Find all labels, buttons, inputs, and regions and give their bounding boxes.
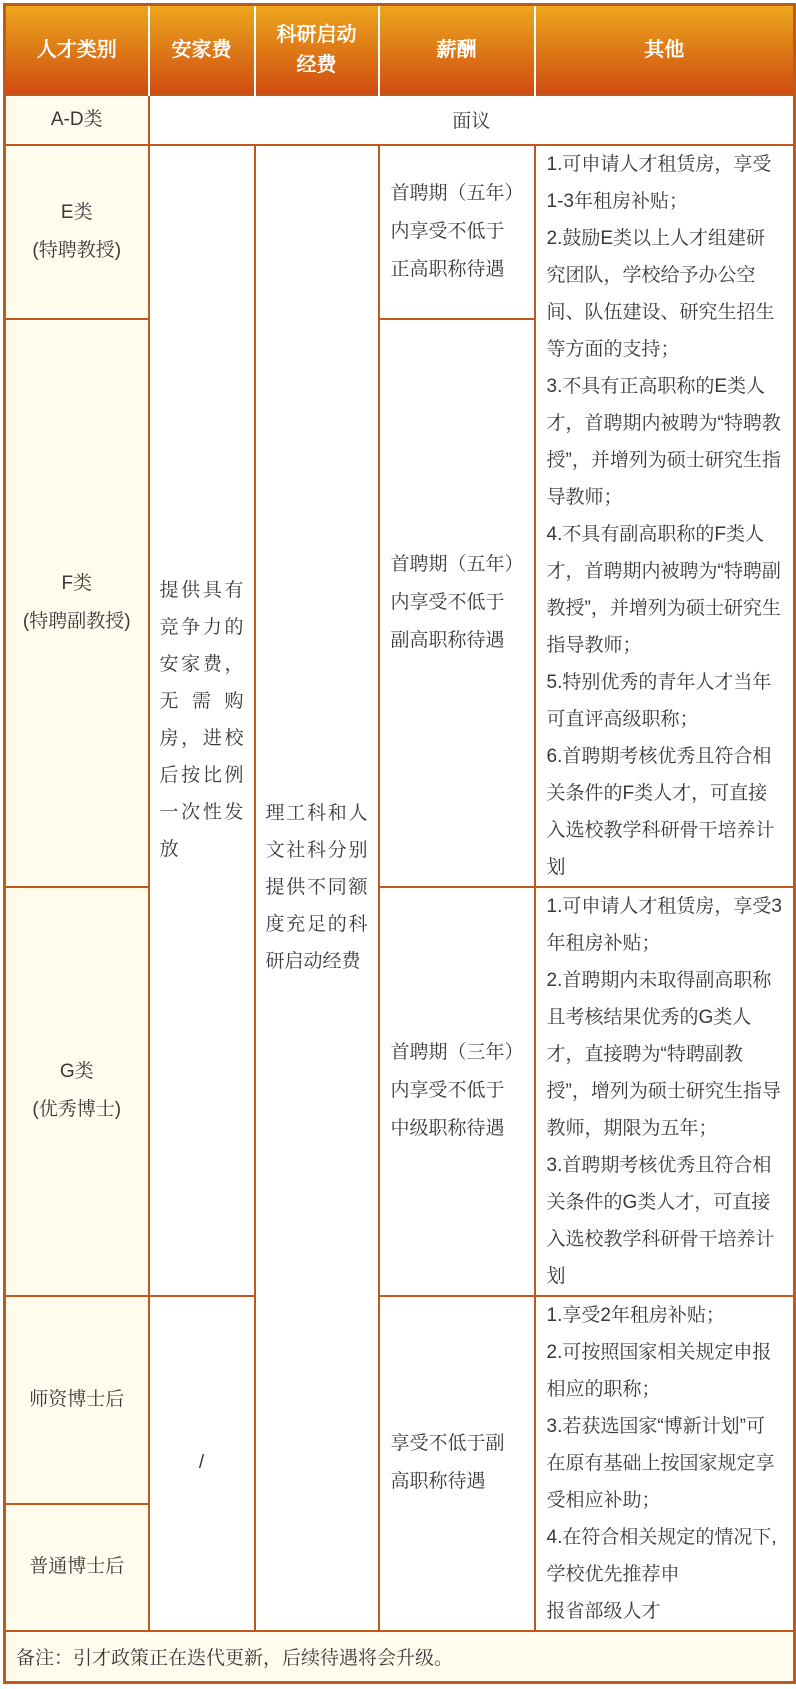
cell-category-postdoc-general: 普通博士后 <box>5 1504 149 1631</box>
cell-category-e: E类 (特聘教授) <box>5 145 149 319</box>
header-cell-talent-category: 人才类别 <box>5 5 149 95</box>
other-g-item: 1.可申请人才租赁房，享受3年租房补贴； <box>547 888 783 962</box>
cell-salary-f: 首聘期（五年）内享受不低于副高职称待遇 <box>379 319 535 887</box>
header-cell-research-fund: 科研启动 经费 <box>255 5 379 95</box>
footer-row: 备注：引才政策正在迭代更新，后续待遇将会升级。 <box>5 1631 795 1683</box>
other-ef-item: 1.可申请人才租赁房，享受1-3年租房补贴； <box>547 146 783 220</box>
cell-settling-efg: 提供具有竞争力的安家费，无需购房，进校后按比例一次性发放 <box>149 145 255 1296</box>
cell-category-f: F类 (特聘副教授) <box>5 319 149 887</box>
header-cell-salary: 薪酬 <box>379 5 535 95</box>
header-cell-settling-allowance: 安家费 <box>149 5 255 95</box>
talent-policy-table-wrapper: 人才类别 安家费 科研启动 经费 薪酬 其他 A-D类 面议 E类 (特聘教授)… <box>0 0 796 1687</box>
cell-other-postdoc: 1.享受2年租房补贴； 2.可按照国家相关规定申报相应的职称； 3.若获选国家“… <box>535 1296 795 1631</box>
row-postdoc-faculty: 师资博士后 / 享受不低于副高职称待遇 1.享受2年租房补贴； 2.可按照国家相… <box>5 1296 795 1504</box>
row-e: E类 (特聘教授) 提供具有竞争力的安家费，无需购房，进校后按比例一次性发放 理… <box>5 145 795 319</box>
other-ef-item: 5.特别优秀的青年人才当年可直评高级职称； <box>547 664 783 738</box>
header-cell-other: 其他 <box>535 5 795 95</box>
row-g: G类 (优秀博士) 首聘期（三年）内享受不低于中级职称待遇 1.可申请人才租赁房… <box>5 887 795 1296</box>
other-ef-item: 6.首聘期考核优秀且符合相关条件的F类人才，可直接入选校教学科研骨干培养计划 <box>547 738 783 886</box>
other-ef-item: 4.不具有副高职称的F类人才，首聘期内被聘为“特聘副教授”，并增列为硕士研究生指… <box>547 516 783 664</box>
header-row: 人才类别 安家费 科研启动 经费 薪酬 其他 <box>5 5 795 95</box>
footer-note: 备注：引才政策正在迭代更新，后续待遇将会升级。 <box>5 1631 795 1683</box>
other-ef-item: 3.不具有正高职称的E类人才，首聘期内被聘为“特聘教授”，并增列为硕士研究生指导… <box>547 368 783 516</box>
cell-category-a-d: A-D类 <box>5 95 149 145</box>
other-postdoc-item: 3.若获选国家“博新计划”可在原有基础上按国家规定享受相应补助； <box>547 1408 783 1519</box>
cell-category-postdoc-faculty: 师资博士后 <box>5 1296 149 1504</box>
cell-negotiable: 面议 <box>149 95 795 145</box>
cell-category-g: G类 (优秀博士) <box>5 887 149 1296</box>
cell-other-g: 1.可申请人才租赁房，享受3年租房补贴； 2.首聘期内未取得副高职称且考核结果优… <box>535 887 795 1296</box>
cell-salary-e: 首聘期（五年）内享受不低于正高职称待遇 <box>379 145 535 319</box>
cell-salary-postdoc: 享受不低于副高职称待遇 <box>379 1296 535 1631</box>
cell-settling-postdoc: / <box>149 1296 255 1631</box>
other-postdoc-item: 4.在符合相关规定的情况下,学校优先推荐申 报省部级人才 <box>547 1519 783 1630</box>
row-a-d: A-D类 面议 <box>5 95 795 145</box>
other-postdoc-item: 2.可按照国家相关规定申报相应的职称； <box>547 1334 783 1408</box>
other-ef-item: 2.鼓励E类以上人才组建研究团队，学校给予办公空间、队伍建设、研究生招生等方面的… <box>547 220 783 368</box>
other-g-item: 2.首聘期内未取得副高职称且考核结果优秀的G类人才，直接聘为“特聘副教授”，增列… <box>547 962 783 1147</box>
other-postdoc-item: 1.享受2年租房补贴； <box>547 1297 783 1334</box>
talent-policy-table: 人才类别 安家费 科研启动 经费 薪酬 其他 A-D类 面议 E类 (特聘教授)… <box>3 3 796 1684</box>
cell-research-fund: 理工科和人文社科分别提供不同额度充足的科研启动经费 <box>255 145 379 1631</box>
cell-salary-g: 首聘期（三年）内享受不低于中级职称待遇 <box>379 887 535 1296</box>
other-g-item: 3.首聘期考核优秀且符合相关条件的G类人才，可直接入选校教学科研骨干培养计划 <box>547 1147 783 1295</box>
cell-other-ef: 1.可申请人才租赁房，享受1-3年租房补贴； 2.鼓励E类以上人才组建研究团队，… <box>535 145 795 887</box>
